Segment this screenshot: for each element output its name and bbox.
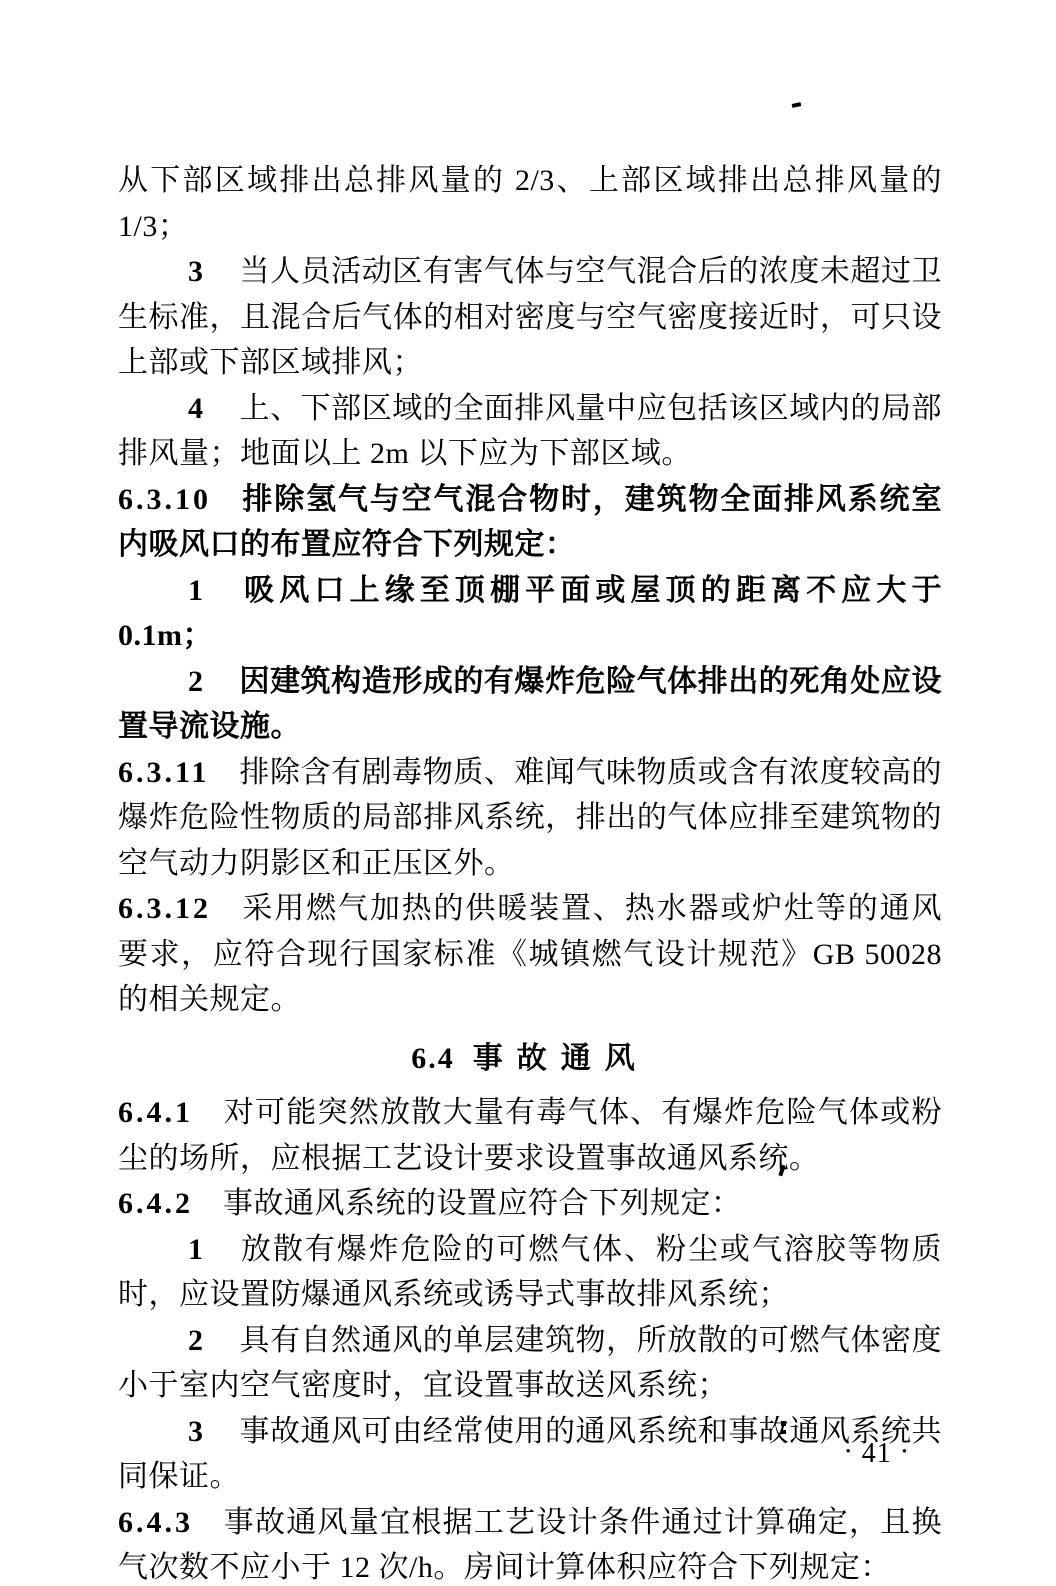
list-item-number: 1 (188, 574, 204, 607)
list-item-text: 放散有爆炸危险的可燃气体、粉尘或气溶胶等物质时，应设置防爆通风系统或诱导式事故排… (118, 1233, 942, 1312)
list-item-number: 3 (188, 255, 204, 288)
clause-6-3-12: 6.3.12采用燃气加热的供暖装置、热水器或炉灶等的通风要求，应符合现行国家标准… (118, 886, 942, 1023)
section-heading-6-4: 6.4事故通风 (118, 1036, 942, 1082)
clause-number: 6.3.10 (118, 483, 211, 516)
list-item-text: 因建筑构造形成的有爆炸危险气体排出的死角处应设置导流设施。 (118, 665, 942, 744)
clause-6-4-2: 6.4.2事故通风系统的设置应符合下列规定： (118, 1181, 942, 1227)
section-title: 事故通风 (473, 1042, 649, 1075)
clause-6-4-2-item-2: 2具有自然通风的单层建筑物，所放散的可燃气体密度小于室内空气密度时，宜设置事故送… (118, 1318, 942, 1409)
list-item-number: 4 (188, 392, 204, 425)
page-number-left-dot: • (845, 1444, 851, 1460)
clause-number: 6.4.3 (118, 1506, 193, 1539)
continuation-paragraph: 从下部区域排出总排风量的 2/3、上部区域排出总排风量的 1/3； (118, 158, 942, 249)
page-number-right-dot: • (902, 1444, 908, 1460)
clause-6-4-2-item-3: 3事故通风可由经常使用的通风系统和事故通风系统共同保证。 (118, 1409, 942, 1500)
clause-number: 6.3.11 (118, 756, 209, 789)
clause-text: 事故通风系统的设置应符合下列规定： (223, 1187, 742, 1220)
clause-6-4-2-item-1: 1放散有爆炸危险的可燃气体、粉尘或气溶胶等物质时，应设置防爆通风系统或诱导式事故… (118, 1227, 942, 1318)
clause-6-3-10-item-2: 2因建筑构造形成的有爆炸危险气体排出的死角处应设置导流设施。 (118, 659, 942, 750)
clause-text: 排除氢气与空气混合物时，建筑物全面排风系统室内吸风口的布置应符合下列规定： (118, 483, 942, 562)
list-item-4: 4上、下部区域的全面排风量中应包括该区域内的局部排风量；地面以上 2m 以下应为… (118, 386, 942, 477)
section-number: 6.4 (411, 1042, 455, 1075)
document-page: 从下部区域排出总排风量的 2/3、上部区域排出总排风量的 1/3； 3当人员活动… (0, 0, 1056, 1586)
page-number-value: 41 (862, 1438, 892, 1469)
list-item-text: 吸风口上缘至顶棚平面或屋顶的距离不应大于 0.1m； (118, 574, 942, 653)
clause-text: 事故通风量宜根据工艺设计条件通过计算确定，且换气次数不应小于 12 次/h。房间… (118, 1506, 942, 1585)
clause-text: 采用燃气加热的供暖装置、热水器或炉灶等的通风要求，应符合现行国家标准《城镇燃气设… (118, 892, 942, 1016)
list-item-text: 具有自然通风的单层建筑物，所放散的可燃气体密度小于室内空气密度时，宜设置事故送风… (118, 1324, 942, 1403)
list-item-number: 1 (188, 1233, 204, 1266)
list-item-number: 2 (188, 665, 204, 698)
clause-number: 6.4.2 (118, 1187, 193, 1220)
clause-number: 6.3.12 (118, 892, 211, 925)
clause-6-3-10: 6.3.10排除氢气与空气混合物时，建筑物全面排风系统室内吸风口的布置应符合下列… (118, 477, 942, 568)
clause-text: 对可能突然放散大量有毒气体、有爆炸危险气体或粉尘的场所，应根据工艺设计要求设置事… (118, 1096, 942, 1175)
page-number: •41• (835, 1438, 918, 1470)
scan-speck (792, 102, 802, 108)
list-item-number: 2 (188, 1324, 204, 1357)
clause-6-3-10-item-1: 1吸风口上缘至顶棚平面或屋顶的距离不应大于 0.1m； (118, 568, 942, 659)
list-item-text: 上、下部区域的全面排风量中应包括该区域内的局部排风量；地面以上 2m 以下应为下… (118, 392, 942, 471)
list-item-number: 3 (188, 1415, 204, 1448)
list-item-text: 当人员活动区有害气体与空气混合后的浓度未超过卫生标准，且混合后气体的相对密度与空… (118, 255, 942, 379)
clause-6-4-1: 6.4.1对可能突然放散大量有毒气体、有爆炸危险气体或粉尘的场所，应根据工艺设计… (118, 1090, 942, 1181)
clause-6-4-3: 6.4.3事故通风量宜根据工艺设计条件通过计算确定，且换气次数不应小于 12 次… (118, 1500, 942, 1586)
text-block: 从下部区域排出总排风量的 2/3、上部区域排出总排风量的 1/3； 3当人员活动… (118, 158, 942, 1586)
clause-number: 6.4.1 (118, 1096, 193, 1129)
clause-text: 排除含有剧毒物质、难闻气味物质或含有浓度较高的爆炸危险性物质的局部排风系统，排出… (118, 756, 942, 880)
list-item-3: 3当人员活动区有害气体与空气混合后的浓度未超过卫生标准，且混合后气体的相对密度与… (118, 249, 942, 386)
clause-6-3-11: 6.3.11排除含有剧毒物质、难闻气味物质或含有浓度较高的爆炸危险性物质的局部排… (118, 750, 942, 887)
list-item-text: 事故通风可由经常使用的通风系统和事故通风系统共同保证。 (118, 1415, 942, 1494)
